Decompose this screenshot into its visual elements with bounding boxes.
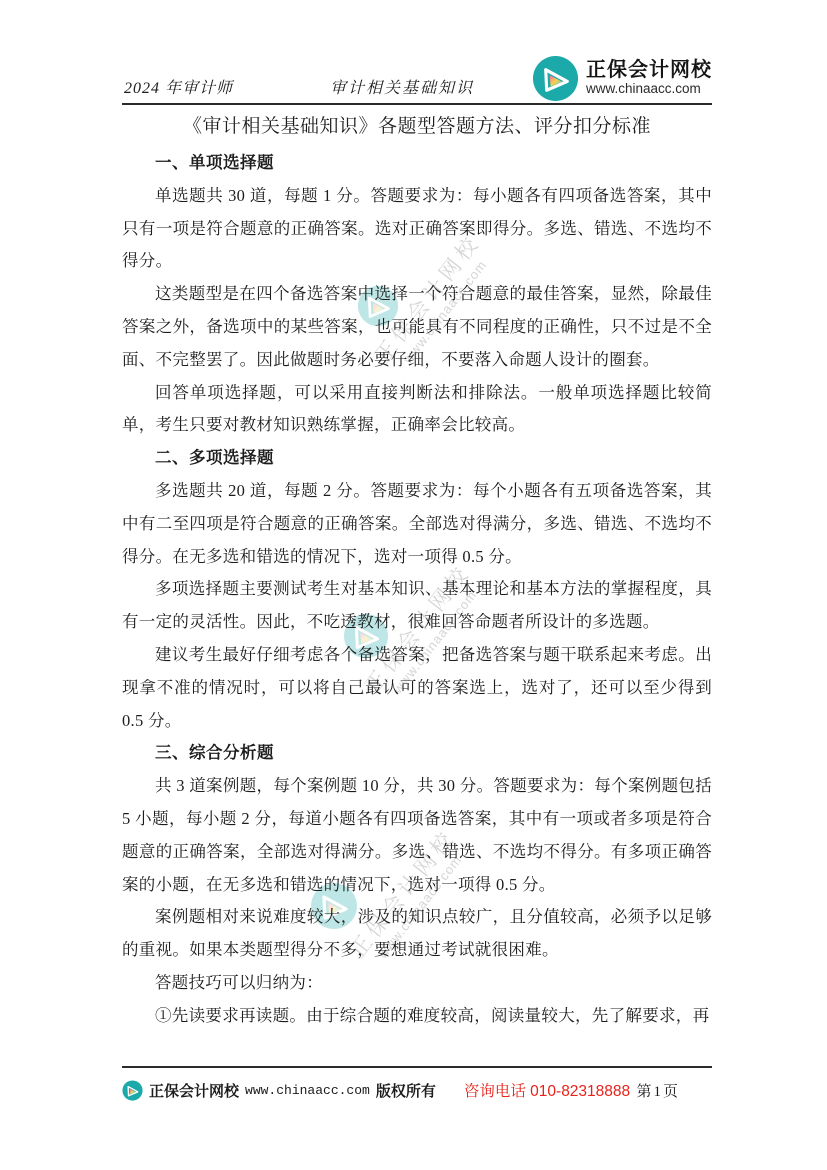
paragraph: 案例题相对来说难度较大，涉及的知识点较广，且分值较高，必须予以足够的重视。如果本… — [122, 901, 712, 967]
brand-logo: 正保会计网校 www.chinaacc.com — [532, 55, 712, 102]
brand-name: 正保会计网校 — [586, 60, 712, 81]
header-subject-label: 审计相关基础知识 — [330, 75, 474, 98]
page-number: 第1页 — [636, 1080, 680, 1101]
brand-site-url: www.chinaacc.com — [586, 82, 712, 96]
paragraph: 单选题共 30 道，每题 1 分。答题要求为：每小题各有四项备选答案，其中只有一… — [122, 180, 712, 278]
document-page: 正保会计网校 www.chinaacc.com 正保会计网校 www.china… — [0, 0, 827, 1170]
footer-brand: 正保会计网校 — [149, 1080, 239, 1101]
footer-site-url: www.chinaacc.com — [245, 1083, 370, 1098]
page-header: 2024 年审计师 审计相关基础知识 正保会计网校 www.chinaacc.c… — [122, 0, 712, 105]
section-heading: 二、多项选择题 — [122, 442, 712, 475]
footer-copyright: 版权所有 — [376, 1080, 436, 1101]
header-course-label: 2024 年审计师 — [124, 75, 233, 98]
paragraph: 这类题型是在四个备选答案中选择一个符合题意的最佳答案，显然，除最佳答案之外，备选… — [122, 278, 712, 376]
paragraph: 多项选择题主要测试考生对基本知识、基本理论和基本方法的掌握程度，具有一定的灵活性… — [122, 573, 712, 639]
document-title: 《审计相关基础知识》各题型答题方法、评分扣分标准 — [122, 112, 712, 142]
paragraph: 多选题共 20 道，每题 2 分。答题要求为：每个小题各有五项备选答案，其中有二… — [122, 475, 712, 573]
paragraph: 答题技巧可以归纳为： — [122, 967, 712, 1000]
paragraph: 回答单项选择题，可以采用直接判断法和排除法。一般单项选择题比较简单，考生只要对教… — [122, 377, 712, 443]
chinaacc-logo-icon — [532, 55, 579, 102]
section-heading: 三、综合分析题 — [122, 737, 712, 770]
page-footer: 正保会计网校 www.chinaacc.com 版权所有 咨询电话 010-82… — [122, 1066, 712, 1101]
footer-phone: 咨询电话 010-82318888 — [464, 1079, 630, 1101]
paragraph: 建议考生最好仔细考虑各个备选答案，把备选答案与题干联系起来考虑。出现拿不准的情况… — [122, 639, 712, 737]
chinaacc-logo-icon — [122, 1080, 143, 1101]
paragraph: ①先读要求再读题。由于综合题的难度较高，阅读量较大，先了解要求，再 — [122, 1000, 712, 1033]
paragraph: 共 3 道案例题，每个案例题 10 分，共 30 分。答题要求为：每个案例题包括… — [122, 770, 712, 901]
section-heading: 一、单项选择题 — [122, 147, 712, 180]
document-body: 《审计相关基础知识》各题型答题方法、评分扣分标准 一、单项选择题 单选题共 30… — [122, 112, 712, 1033]
